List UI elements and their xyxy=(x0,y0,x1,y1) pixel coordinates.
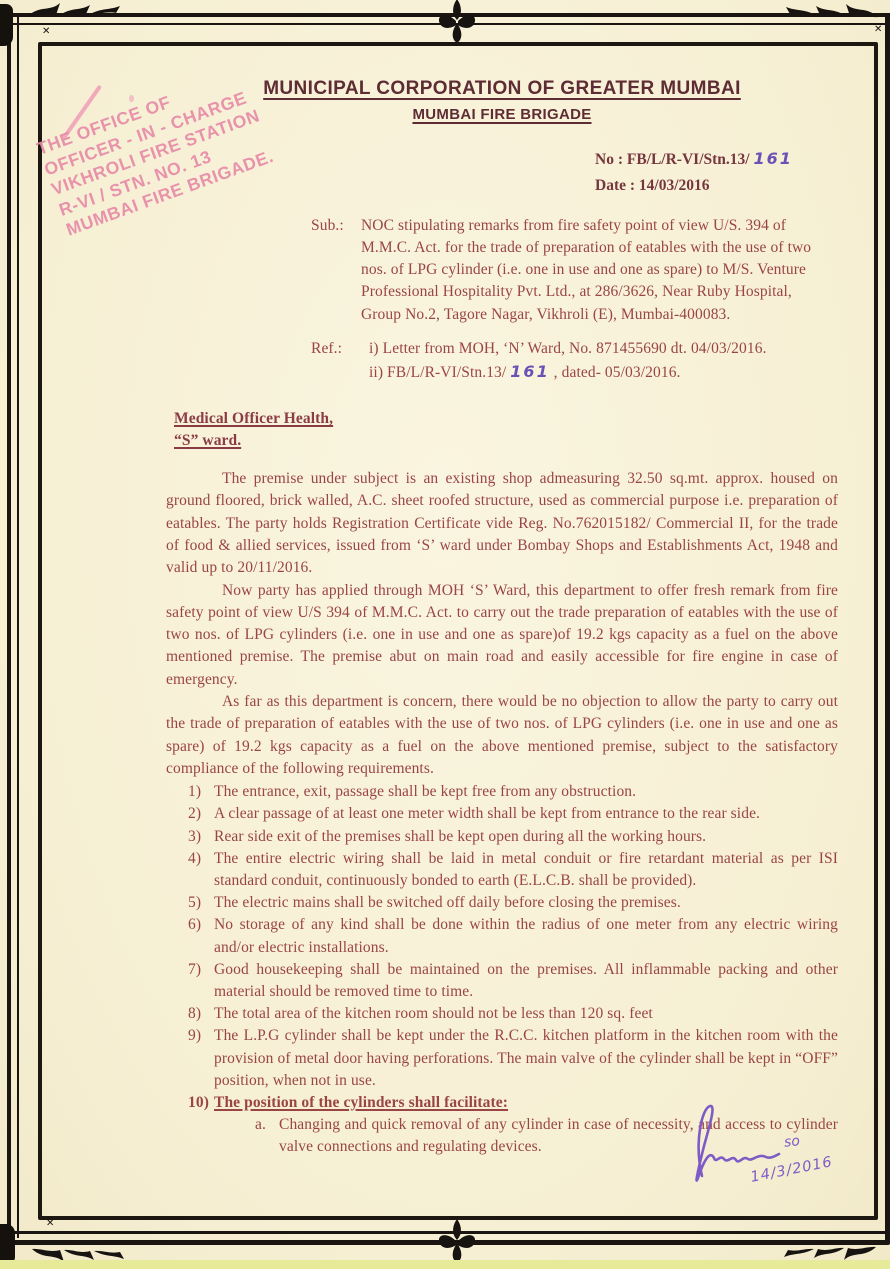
reference-block: Ref.: i) Letter from MOH, ‘N’ Ward, No. … xyxy=(311,337,838,384)
subject-block: Sub.: NOC stipulating remarks from fire … xyxy=(311,215,838,326)
addressee-block: Medical Officer Health, “S” ward. xyxy=(174,408,838,452)
requirement-item: 7) Good housekeeping shall be maintained… xyxy=(166,959,838,1003)
paragraph-3: As far as this department is concern, th… xyxy=(166,691,838,780)
paragraph-2: Now party has applied through MOH ‘S’ Wa… xyxy=(166,580,838,691)
page-title: MUNICIPAL CORPORATION OF GREATER MUMBAI xyxy=(166,78,838,100)
frame-corner-blob-bottom-left xyxy=(0,1224,15,1264)
reference-items: i) Letter from MOH, ‘N’ Ward, No. 871455… xyxy=(369,337,838,384)
reference-item-ii: ii) FB/L/R-VI/Stn.13/ 161 , dated- 05/03… xyxy=(369,360,838,384)
requirement-item: 9) The L.P.G cylinder shall be kept unde… xyxy=(166,1025,838,1092)
frame-right-line xyxy=(885,13,890,1243)
frame-tick-top-right-icon: ✕ xyxy=(874,24,882,35)
requirement-item: 3) Rear side exit of the premises shall … xyxy=(166,826,838,848)
leaf-flourish-top-right-icon xyxy=(760,2,880,20)
frame-left-line-inner xyxy=(17,16,19,1238)
requirement-item: 8) The total area of the kitchen room sh… xyxy=(166,1003,838,1025)
subject-label: Sub.: xyxy=(311,215,361,326)
reference-handwritten-number: 161 xyxy=(510,362,549,381)
frame-tick-top-left-icon: ✕ xyxy=(42,26,50,37)
signature-block: so 14/3/2016 xyxy=(672,1096,842,1196)
fleur-ornament-top-icon xyxy=(436,0,478,44)
requirement-item: 1) The entrance, exit, passage shall be … xyxy=(166,781,838,803)
signature-initials: so xyxy=(783,1133,800,1151)
fleur-ornament-bottom-icon xyxy=(436,1218,478,1264)
reference-item-i: i) Letter from MOH, ‘N’ Ward, No. 871455… xyxy=(369,337,838,360)
requirement-item: 2) A clear passage of at least one meter… xyxy=(166,803,838,825)
frame-corner-blob-top-left xyxy=(0,4,13,46)
paragraph-1: The premise under subject is an existing… xyxy=(166,468,838,579)
requirement-item: 4) The entire electric wiring shall be l… xyxy=(166,848,838,892)
leaf-flourish-top-left-icon xyxy=(26,1,146,19)
frame-left-line-outer xyxy=(7,13,11,1243)
scanned-letter-page: ✕ ✕ ✕ THE OFFICE OF OFFI xyxy=(0,0,890,1269)
requirement-item: 5) The electric mains shall be switched … xyxy=(166,892,838,914)
addressee-line1: Medical Officer Health, xyxy=(174,408,333,430)
requirement-item: 6) No storage of any kind shall be done … xyxy=(166,914,838,958)
page-subtitle: MUMBAI FIRE BRIGADE xyxy=(166,104,838,126)
reference-label: Ref.: xyxy=(311,337,369,384)
letter-body: MUNICIPAL CORPORATION OF GREATER MUMBAI … xyxy=(166,70,838,1159)
subject-text: NOC stipulating remarks from fire safety… xyxy=(361,215,835,326)
pen-dot-mark xyxy=(129,95,134,102)
body-paragraphs: The premise under subject is an existing… xyxy=(166,468,838,780)
page-edge-strip xyxy=(0,1260,890,1269)
addressee-line2: “S” ward. xyxy=(174,430,241,452)
